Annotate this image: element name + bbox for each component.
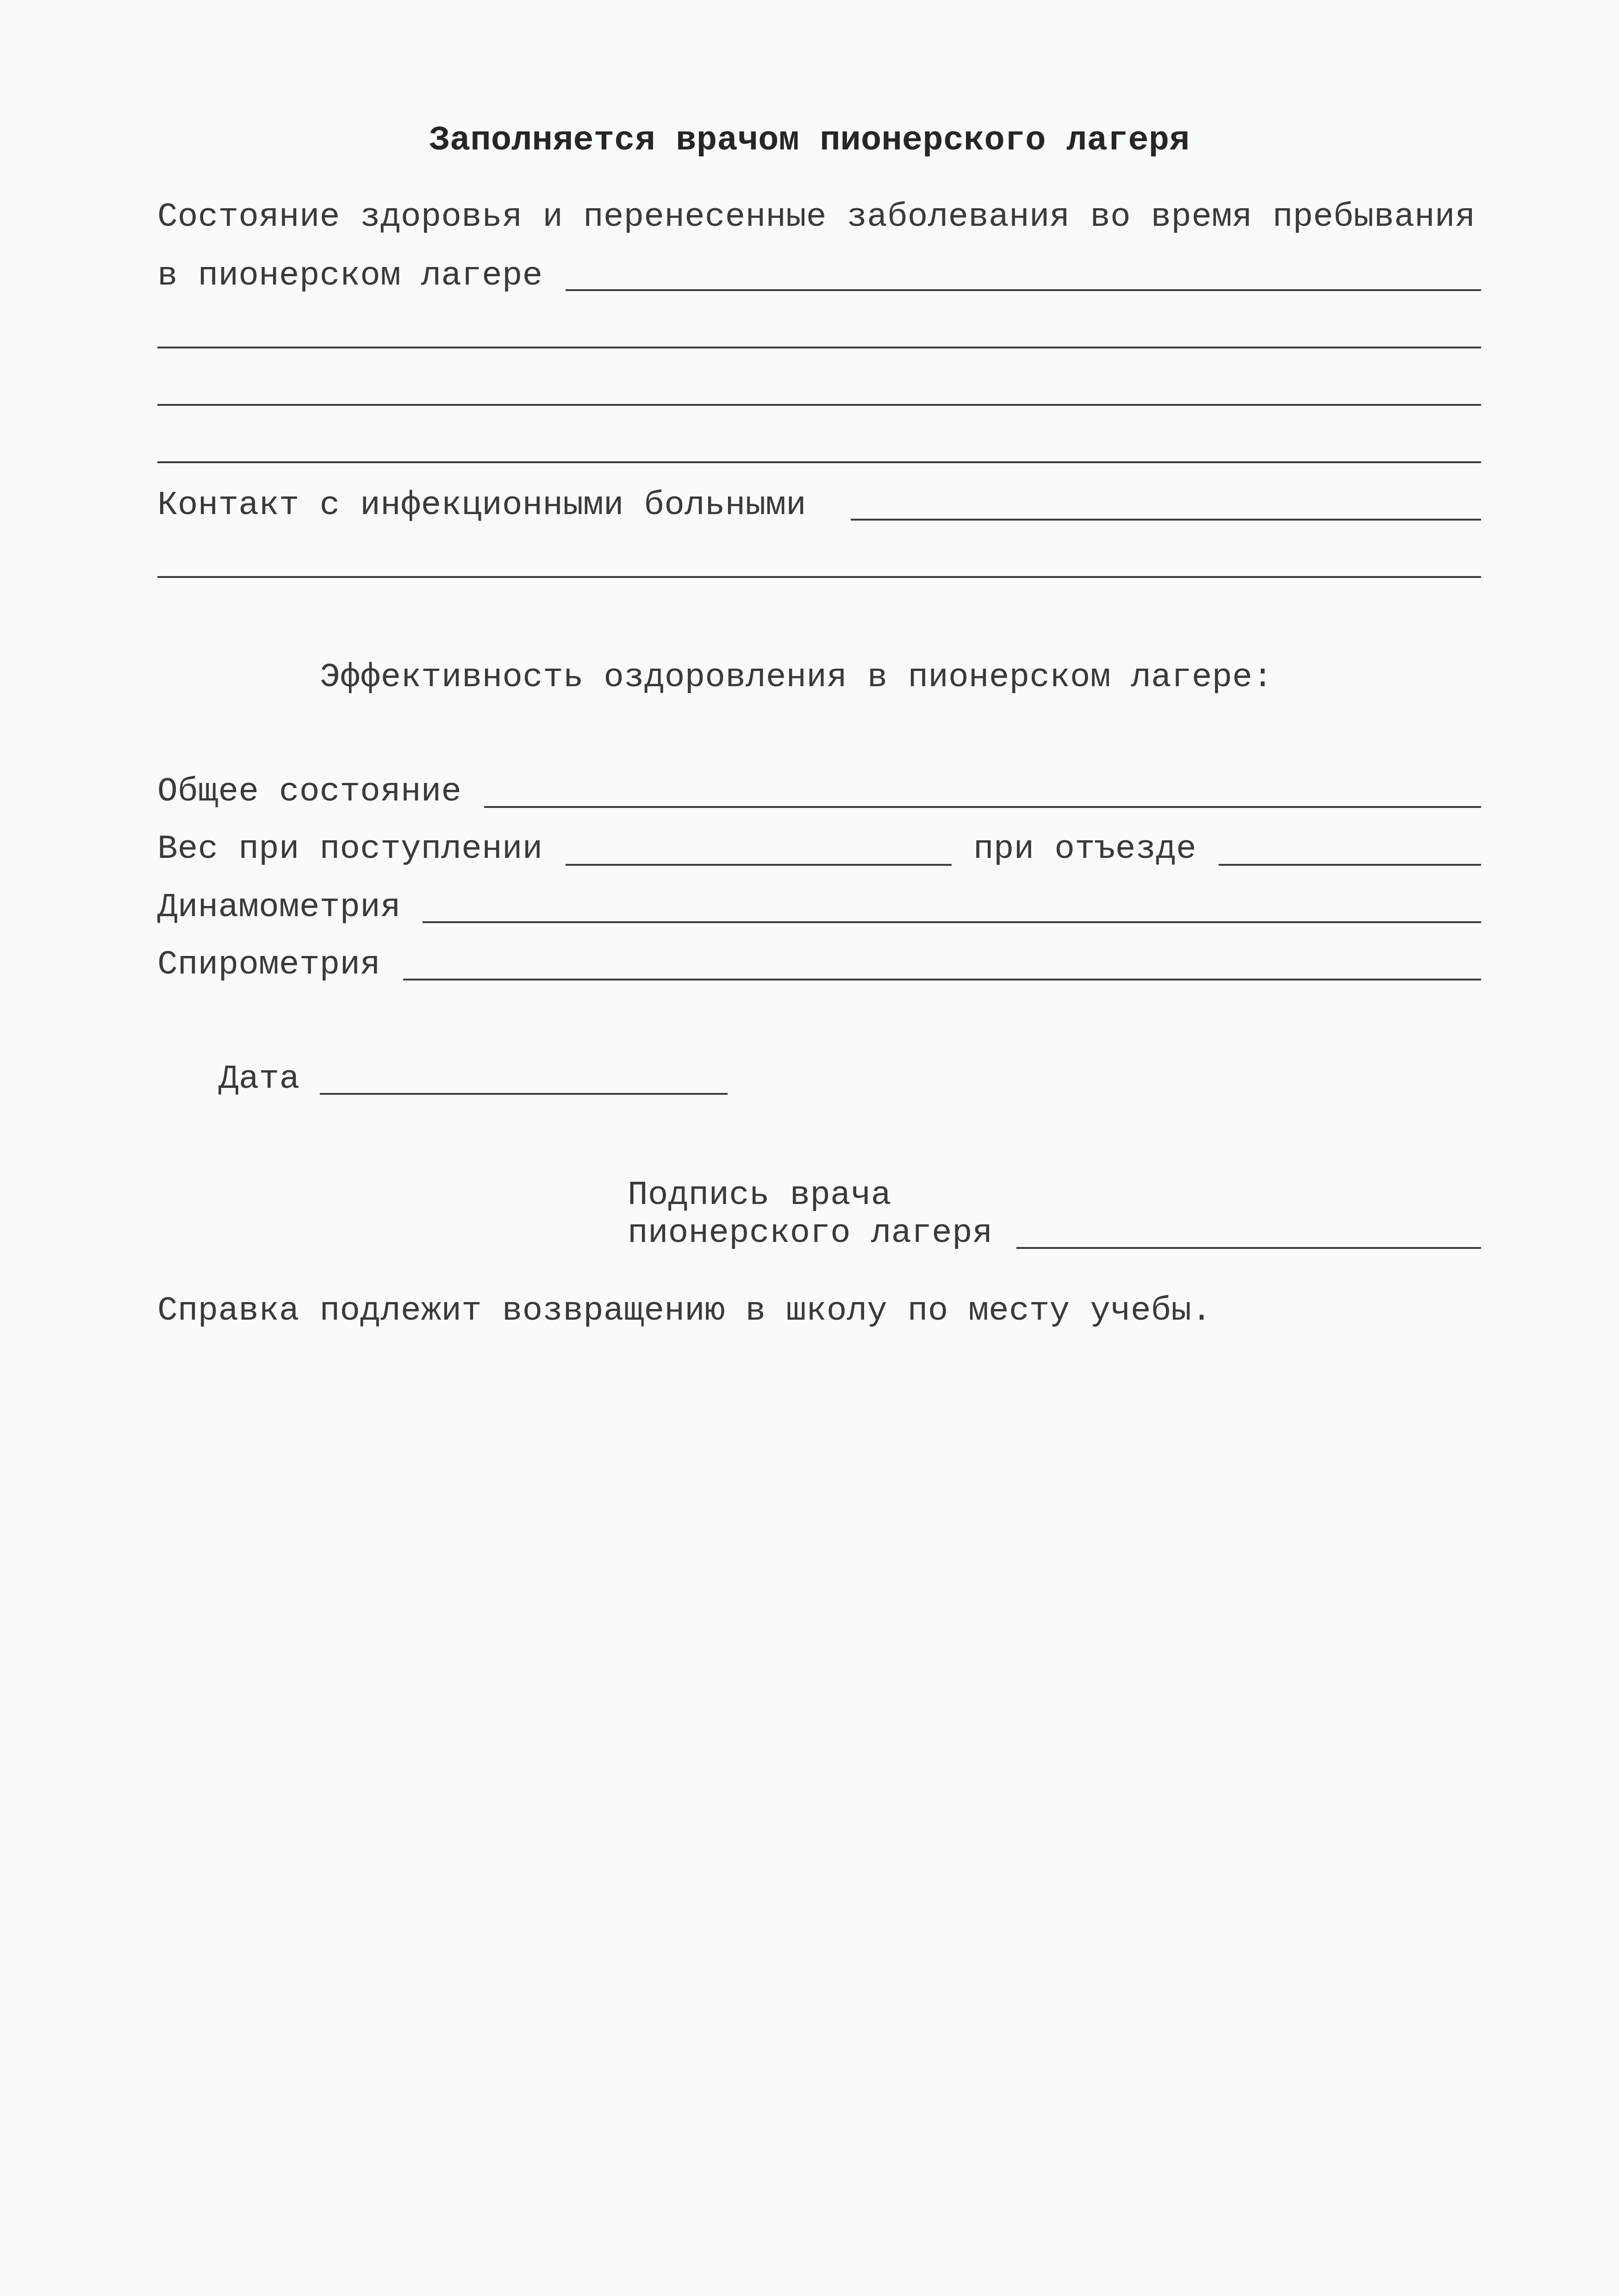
signature-label-line1: Подпись врача	[628, 1177, 891, 1214]
signature-label-line2: пионерского лагеря	[628, 1215, 993, 1252]
spirometry-field[interactable]	[403, 979, 1481, 980]
dynamometry-field[interactable]	[423, 921, 1481, 923]
health-status-field-line4[interactable]	[157, 461, 1481, 463]
date-label: Дата	[218, 1061, 299, 1098]
health-status-field-line2[interactable]	[157, 347, 1481, 348]
infection-contact-field-line1[interactable]	[851, 519, 1481, 521]
general-condition-label: Общее состояние	[157, 773, 461, 810]
health-status-field-line1[interactable]	[566, 289, 1481, 291]
weight-arrival-label: Вес при поступлении	[157, 831, 542, 868]
weight-departure-field[interactable]	[1219, 864, 1481, 866]
spirometry-label: Спирометрия	[157, 946, 380, 983]
weight-arrival-field[interactable]	[566, 864, 952, 866]
infection-contact-field-line2[interactable]	[157, 576, 1481, 578]
form-section-title: Заполняется врачом пионерского лагеря	[0, 122, 1619, 159]
general-condition-field[interactable]	[484, 806, 1481, 808]
date-field[interactable]	[320, 1093, 728, 1095]
weight-departure-label: при отъезде	[973, 831, 1196, 868]
signature-field[interactable]	[1016, 1247, 1481, 1249]
return-to-school-note: Справка подлежит возвращению в школу по …	[157, 1292, 1212, 1329]
health-status-label-line2: в пионерском лагере	[157, 257, 542, 294]
health-status-label-line1: Состояние здоровья и перенесенные заболе…	[157, 199, 1475, 236]
dynamometry-label: Динамометрия	[157, 889, 401, 926]
infection-contact-label: Контакт с инфекционными больными	[157, 487, 806, 524]
effectiveness-heading: Эффективность оздоровления в пионерском …	[320, 659, 1273, 696]
health-status-field-line3[interactable]	[157, 404, 1481, 406]
